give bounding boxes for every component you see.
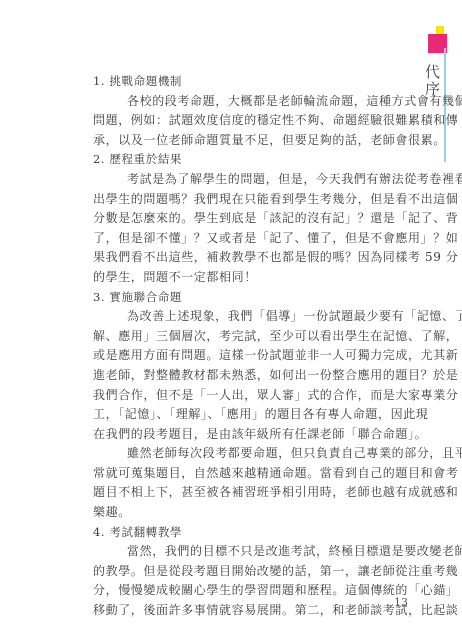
paragraph-line: 或是應用方面有問題。這樣一份試題並非一人可獨力完成，尤其新	[93, 346, 413, 366]
section-heading: 1. 挑戰命題機制	[93, 72, 413, 92]
section-heading: 4. 考試翻轉教學	[93, 523, 413, 543]
paragraph-line: 各校的段考命題，大概都是老師輪流命題，這種方式會有幾個	[93, 92, 413, 112]
paragraph-line: 分，慢慢變成較關心學生的學習問題和歷程。這個傳統的「心錨」	[93, 581, 413, 601]
paragraph-line: 樂趣。	[93, 503, 413, 523]
paragraph-line: 常就可蒐集題目，自然越來越精通命題。當看到自己的題目和會考	[93, 464, 413, 484]
page-body: 1. 挑戰命題機制 各校的段考命題，大概都是老師輪流命題，這種方式會有幾個 問題…	[93, 72, 413, 621]
paragraph-line: 雖然老師每次段考都要命題，但只負責自己專業的部分，且平	[93, 444, 413, 464]
paragraph-line: 當然，我們的目標不只是改進考試，終極目標還是要改變老師	[93, 542, 413, 562]
paragraph-line: 移動了，後面許多事情就容易展開。第二，和老師談考試，比起談	[93, 601, 413, 621]
paragraph-line: 考試是為了解學生的問題，但是，今天我們有辦法從考卷裡看	[93, 170, 413, 190]
paragraph-line: 了，但是卻不懂」？又或者是「記了、懂了，但是不會應用」？如	[93, 229, 413, 249]
paragraph-line: 在我們的段考題目，是由該年級所有任課老師「聯合命題」。	[93, 425, 413, 445]
paragraph-line: 問題，例如：試題效度信度的穩定性不夠、命題經驗很難累積和傳	[93, 111, 413, 131]
paragraph-line: 解、應用」三個層次，考完試，至少可以看出學生在記憶、了解，	[93, 327, 413, 347]
paragraph-line: 的教學。但是從段考題目開始改變的話，第一，讓老師從注重考幾	[93, 562, 413, 582]
decorative-yellow-square	[436, 26, 444, 34]
paragraph-line: 為改善上述現象，我們「倡導」一份試題最少要有「記憶、了	[93, 307, 413, 327]
paragraph-line: 題目不相上下，甚至被各補習班爭相引用時，老師也越有成就感和	[93, 483, 413, 503]
paragraph-line: 工，「記憶」、「理解」、「應用」的題目各有專人命題，因此現	[93, 405, 413, 425]
paragraph-line: 進老師，對整體教材都未熟悉，如何出一份整合應用的題目？於是	[93, 366, 413, 386]
paragraph-line: 分數是怎麼來的。學生到底是「該記的沒有記」？還是「記了、背	[93, 209, 413, 229]
paragraph-line: 承，以及一位老師命題質量不足，但要足夠的話，老師會很累。	[93, 131, 413, 151]
paragraph-line: 的學生，問題不一定都相同！	[93, 268, 413, 288]
section-heading: 3. 實施聯合命題	[93, 288, 413, 308]
paragraph-line: 果我們看不出這些，補救教學不也都是假的嗎？因為同樣考 59 分	[93, 248, 413, 268]
page-number: 13	[394, 596, 408, 609]
paragraph-line: 我們合作，但不是「一人出，眾人審」式的合作，而是大家專業分	[93, 386, 413, 406]
paragraph-line: 出學生的問題嗎？我們現在只能看到學生考幾分，但是看不出這個	[93, 190, 413, 210]
section-heading: 2. 歷程重於結果	[93, 150, 413, 170]
